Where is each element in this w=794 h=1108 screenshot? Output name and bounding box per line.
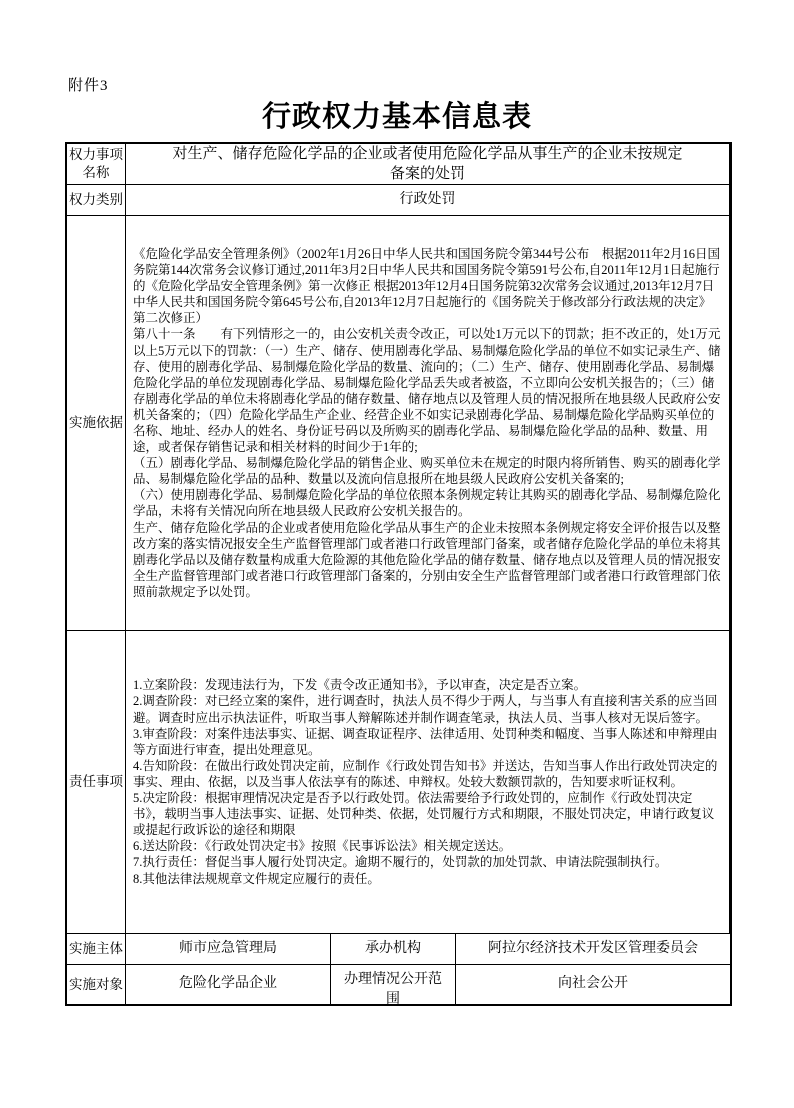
cell-handling-agency-value: 阿拉尔经济技术开发区管理委员会 bbox=[456, 934, 730, 965]
row-label-implementation-basis: 实施依据 bbox=[67, 216, 126, 631]
attachment-label: 附件3 bbox=[68, 74, 109, 95]
cell-disclosure-scope-value: 向社会公开 bbox=[456, 965, 730, 1004]
row-label-handling-agency: 承办机构 bbox=[331, 934, 456, 965]
info-table: 权力事项名称 对生产、储存危险化学品的企业或者使用危险化学品从事生产的企业未按规… bbox=[65, 142, 732, 1006]
cell-power-category-value: 行政处罚 bbox=[126, 185, 730, 216]
cell-item-name-value: 对生产、储存危险化学品的企业或者使用危险化学品从事生产的企业未按规定 备案的处罚 bbox=[126, 144, 730, 185]
cell-implementation-basis-text: 《危险化学品安全管理条例》（2002年1月26日中华人民共和国国务院令第344号… bbox=[126, 216, 730, 631]
cell-implementation-subject-value: 师市应急管理局 bbox=[126, 934, 331, 965]
row-label-responsibility-items: 责任事项 bbox=[67, 631, 126, 934]
row-label-power-category: 权力类别 bbox=[67, 185, 126, 216]
row-label-implementation-subject: 实施主体 bbox=[67, 934, 126, 965]
row-label-item-name: 权力事项名称 bbox=[67, 144, 126, 185]
cell-responsibility-items-text: 1.立案阶段：发现违法行为，下发《责令改正通知书》，予以审查，决定是否立案。 2… bbox=[126, 631, 730, 934]
page-title: 行政权力基本信息表 bbox=[0, 94, 794, 135]
disclosure-scope-label-text: 办理情况公开范围 bbox=[342, 970, 444, 1009]
row-label-implementation-target: 实施对象 bbox=[67, 965, 126, 1004]
cell-implementation-target-value: 危险化学品企业 bbox=[126, 965, 331, 1004]
row-label-disclosure-scope: 办理情况公开范围 bbox=[331, 965, 456, 1004]
